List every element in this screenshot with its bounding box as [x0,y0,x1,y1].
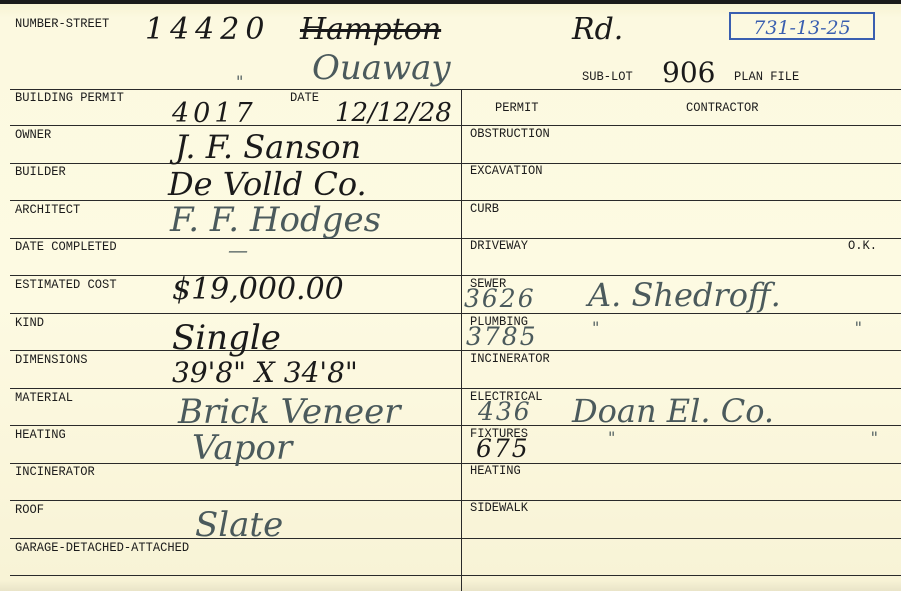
rule [10,200,901,201]
street-name-struck: Hampton [300,12,441,47]
label-driveway: DRIVEWAY [470,238,528,253]
value-fixtures-permit: 675 [476,434,530,463]
rule [10,125,901,126]
label-excavation: EXCAVATION [470,163,543,178]
rule [10,388,901,389]
value-owner: J. F. Sanson [175,128,361,166]
label-material: MATERIAL [15,390,73,405]
value-sewer-contractor: A. Shedroff. [588,276,781,314]
label-architect: ARCHITECT [15,202,80,217]
label-incinerator: INCINERATOR [15,464,95,479]
value-plumbing-contractor: " " [592,318,862,337]
label-heating-permit: HEATING [470,463,521,478]
label-curb: CURB [470,201,499,216]
value-plumbing-permit: 3785 [466,322,538,351]
sublot-value: 906 [662,56,715,89]
permit-card: 731-13-25 NUMBER-STREET 14420 Hampton Rd… [0,0,901,591]
value-kind: Single [172,318,281,358]
value-heating: Vapor [192,428,292,468]
label-date-completed: DATE COMPLETED [15,239,117,254]
value-date-completed: — [228,238,248,262]
value-builder: De Volld Co. [168,165,367,203]
label-incinerator-permit: INCINERATOR [470,351,550,366]
street-correction: Ouaway [312,48,451,88]
label-estimated-cost: ESTIMATED COST [15,277,117,292]
card-top-edge [0,0,901,4]
label-dimensions: DIMENSIONS [15,352,88,367]
rule [10,163,901,164]
value-architect: F. F. Hodges [170,200,381,240]
value-building-permit: 4017 [172,98,257,129]
rule [10,238,901,239]
label-heating: HEATING [15,427,66,442]
label-sidewalk: SIDEWALK [470,500,528,515]
street-number-value: 14420 [145,12,270,47]
rule [10,575,901,576]
driveway-ok-note: O.K. [848,238,877,253]
column-divider [461,89,462,591]
value-sewer-permit: 3626 [464,284,536,313]
header-contractor: CONTRACTOR [686,100,759,115]
label-builder: BUILDER [15,164,66,179]
label-owner: OWNER [15,127,51,142]
stamp-number: 731-13-25 [729,12,875,40]
plan-file-label: PLAN FILE [734,69,799,84]
rule [10,89,901,90]
value-dimensions: 39'8" X 34'8" [172,356,358,389]
value-electrical-permit: 436 [478,397,532,426]
value-material: Brick Veneer [178,392,401,432]
value-roof: Slate [195,505,283,545]
value-estimated-cost: $19,000.00 [172,272,344,307]
rule [10,350,901,351]
value-electrical-contractor: Doan El. Co. [572,392,774,430]
header-permit: PERMIT [495,100,539,115]
label-roof: ROOF [15,502,44,517]
street-suffix: Rd. [572,12,623,47]
label-obstruction: OBSTRUCTION [470,126,550,141]
label-kind: KIND [15,315,44,330]
value-fixtures-contractor: " " " [608,428,901,447]
sublot-label: SUB-LOT [582,69,633,84]
rule [10,463,901,464]
rule [10,500,901,501]
number-street-label: NUMBER-STREET [15,16,109,31]
label-garage: GARAGE-DETACHED-ATTACHED [15,540,189,555]
label-building-permit: BUILDING PERMIT [15,90,124,105]
label-date: DATE [290,90,319,105]
value-date: 12/12/28 [335,98,452,128]
rule [10,538,901,539]
